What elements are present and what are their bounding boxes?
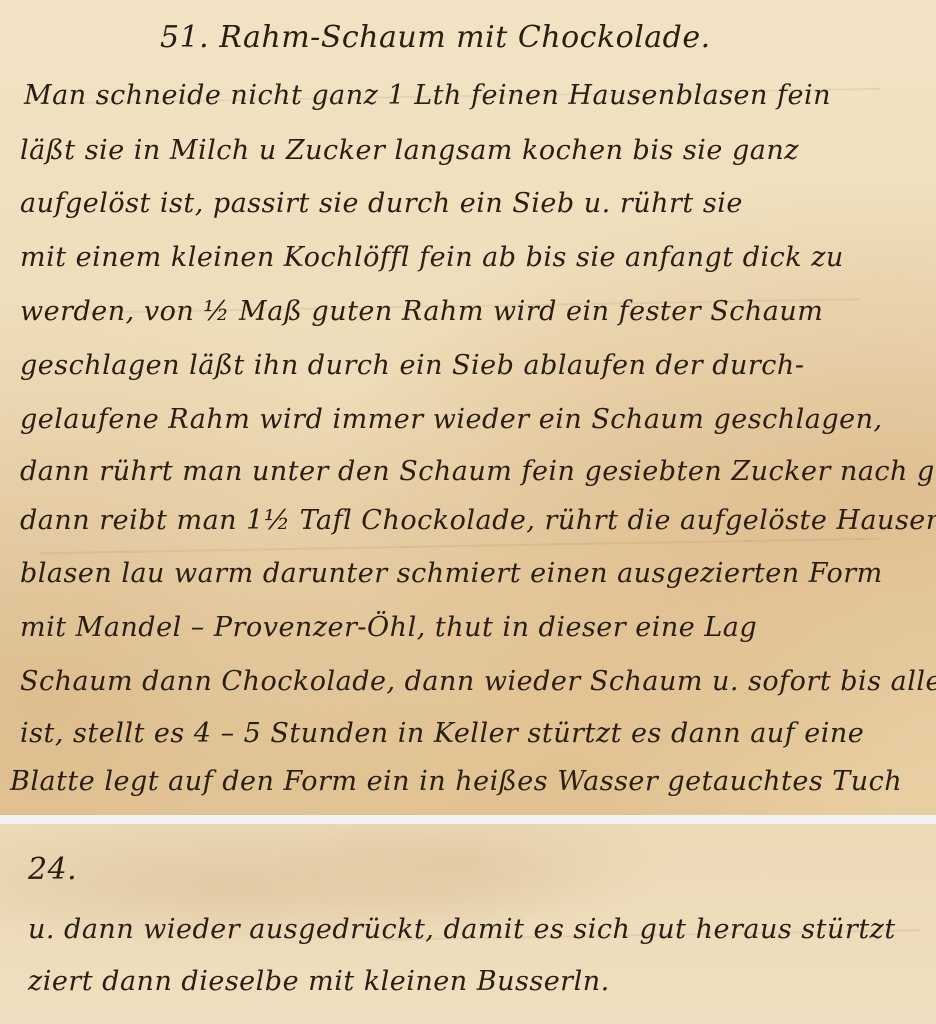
manuscript-line: Schaum dann Chockolade, dann wieder Scha… — [20, 666, 936, 697]
manuscript-line: gelaufene Rahm wird immer wieder ein Sch… — [20, 404, 883, 435]
page-separator — [0, 815, 936, 824]
bleed-through-mark — [40, 538, 880, 555]
manuscript-line: dann rührt man unter den Schaum fein ges… — [20, 456, 936, 487]
manuscript-line: werden, von ½ Maß guten Rahm wird ein fe… — [20, 296, 823, 327]
manuscript-line: aufgelöst ist, passirt sie durch ein Sie… — [20, 188, 743, 219]
page-number: 24. — [28, 852, 77, 887]
manuscript-line: u. dann wieder ausgedrückt, damit es sic… — [28, 914, 896, 945]
manuscript-page-top: 51. Rahm-Schaum mit Chockolade. Man schn… — [0, 0, 936, 815]
recipe-title: 51. Rahm-Schaum mit Chockolade. — [160, 20, 711, 55]
manuscript-page-bottom: 24. u. dann wieder ausgedrückt, damit es… — [0, 824, 936, 1024]
manuscript-line: ist, stellt es 4 – 5 Stunden in Keller s… — [20, 718, 864, 749]
manuscript-line: geschlagen läßt ihn durch ein Sieb ablau… — [20, 350, 804, 381]
manuscript-line: Man schneide nicht ganz 1 Lth feinen Hau… — [24, 80, 831, 111]
manuscript-line: mit Mandel – Provenzer-Öhl, thut in dies… — [20, 612, 757, 643]
manuscript-line: mit einem kleinen Kochlöffl fein ab bis … — [20, 242, 844, 273]
manuscript-line: Blatte legt auf den Form ein in heißes W… — [10, 766, 902, 797]
manuscript-line: dann reibt man 1½ Tafl Chockolade, rührt… — [20, 505, 936, 536]
manuscript-line: blasen lau warm darunter schmiert einen … — [20, 558, 883, 589]
manuscript-line: ziert dann dieselbe mit kleinen Busserln… — [28, 966, 610, 997]
manuscript-line: läßt sie in Milch u Zucker langsam koche… — [20, 135, 799, 166]
